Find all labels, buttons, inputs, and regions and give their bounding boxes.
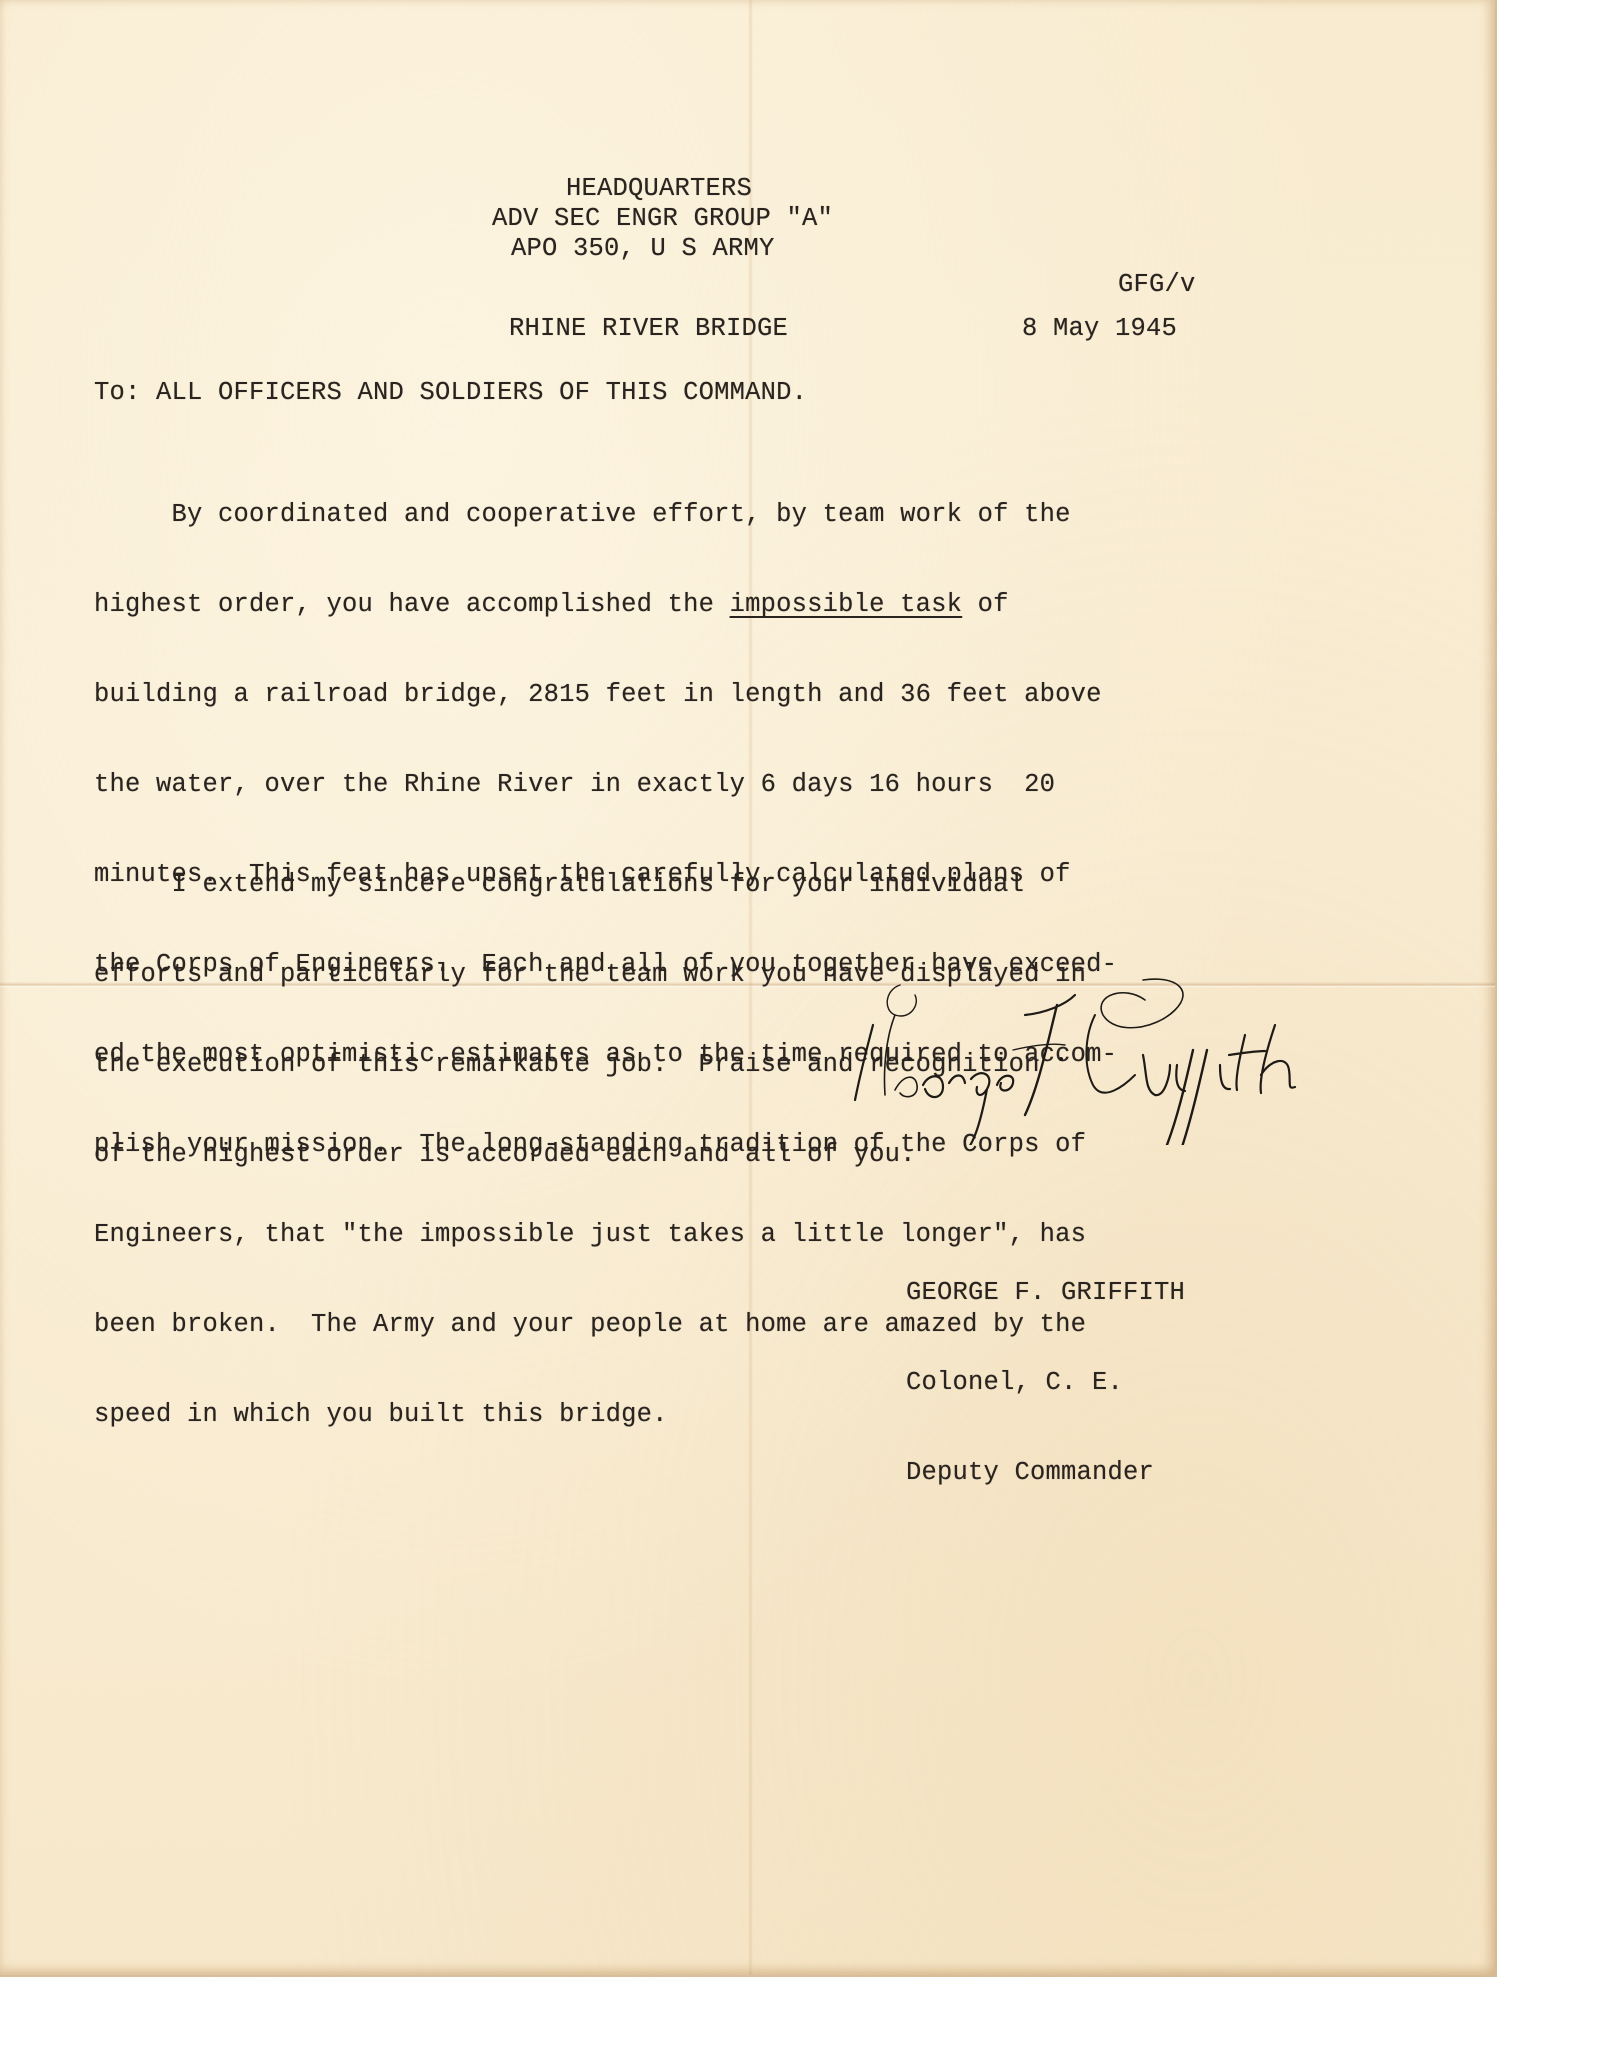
signer-title: Deputy Commander xyxy=(906,1458,1185,1488)
reference-code: GFG/v xyxy=(1118,270,1196,300)
paragraph-1-line-2: highest order, you have accomplished the… xyxy=(94,590,1117,620)
paragraph-1-line-3: building a railroad bridge, 2815 feet in… xyxy=(94,680,1117,710)
signer-rank: Colonel, C. E. xyxy=(906,1368,1185,1398)
signature-block: GEORGE F. GRIFFITH Colonel, C. E. Deputy… xyxy=(906,1218,1185,1548)
subject-line: RHINE RIVER BRIDGE xyxy=(509,314,788,344)
letterhead-apo: APO 350, U S ARMY xyxy=(511,234,775,264)
letterhead-headquarters: HEADQUARTERS xyxy=(566,174,752,204)
paragraph-1-line-1: By coordinated and cooperative effort, b… xyxy=(94,500,1117,530)
handwritten-signature xyxy=(825,955,1345,1145)
paragraph-2-line-1: I extend my sincere congratulations for … xyxy=(94,870,1086,900)
paragraph-1-line-4: the water, over the Rhine River in exact… xyxy=(94,770,1117,800)
letter-date: 8 May 1945 xyxy=(1022,314,1177,344)
underlined-emphasis: impossible task xyxy=(730,590,963,619)
signer-name: GEORGE F. GRIFFITH xyxy=(906,1278,1185,1308)
letter-paper: HEADQUARTERS ADV SEC ENGR GROUP "A" APO … xyxy=(0,0,1497,1977)
addressee-line: To: ALL OFFICERS AND SOLDIERS OF THIS CO… xyxy=(94,378,807,408)
letterhead-unit: ADV SEC ENGR GROUP "A" xyxy=(492,204,833,234)
